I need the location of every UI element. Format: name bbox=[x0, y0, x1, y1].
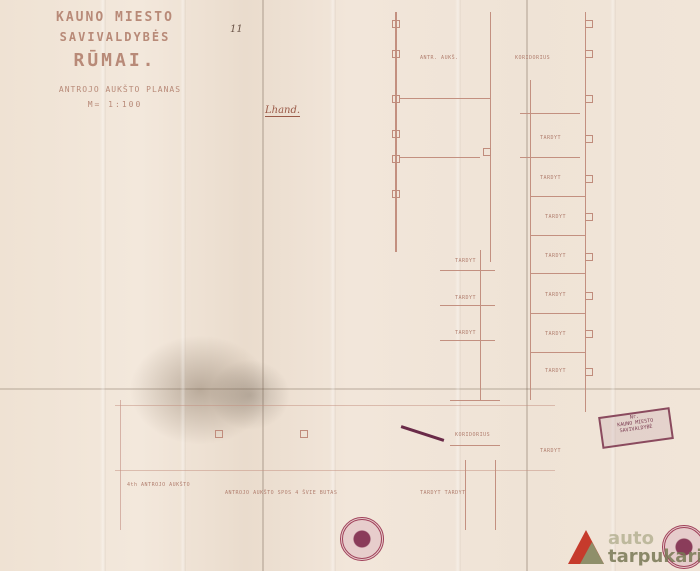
room-label: KORIDORIUS bbox=[515, 55, 550, 61]
fold-line bbox=[262, 0, 264, 571]
title-line-3: RŪMAI. bbox=[60, 50, 170, 71]
crease bbox=[455, 0, 461, 571]
fold-line bbox=[526, 0, 528, 571]
plan-subtitle: ANTROJO AUKŠTO PLANAS bbox=[50, 85, 190, 94]
sheet-number: 11 bbox=[230, 24, 243, 35]
room-label: TARDYT TARDYT bbox=[420, 490, 466, 496]
title-line-2: SAVIVALDYBĖS bbox=[40, 30, 190, 44]
room-label: ANTROJO AUKŠTO SPOS 4 ŠVIE BUTAS bbox=[225, 490, 337, 496]
crease bbox=[330, 0, 336, 571]
room-label: TARDYT bbox=[545, 331, 566, 337]
room-label: TARDYT bbox=[455, 295, 476, 301]
logo-inner-triangle-icon bbox=[580, 542, 604, 564]
room-label: 4th ANTROJO AUKŠTO bbox=[127, 482, 190, 488]
plan-sheet: KAUNO MIESTO SAVIVALDYBĖS RŪMAI. ANTROJO… bbox=[0, 0, 700, 571]
room-label: TARDYT bbox=[455, 330, 476, 336]
room-label: TARDYT bbox=[545, 368, 566, 374]
crease bbox=[610, 0, 616, 571]
signature: Lhand. bbox=[265, 105, 300, 117]
room-label: TARDYT bbox=[540, 175, 561, 181]
watermark-logo: auto tarpukaris bbox=[568, 528, 698, 571]
round-seal bbox=[340, 517, 384, 561]
title-line-1: KAUNO MIESTO bbox=[30, 10, 200, 25]
room-label: TARDYT bbox=[545, 292, 566, 298]
room-label: TARDYT bbox=[540, 135, 561, 141]
logo-text-line-2: tarpukaris bbox=[608, 546, 700, 567]
ink-mark bbox=[401, 425, 445, 442]
room-label: ANTR. AUKŠ. bbox=[420, 55, 459, 61]
room-label: TARDYT bbox=[540, 448, 561, 454]
room-label: TARDYT bbox=[455, 258, 476, 264]
plan-scale: M= 1:100 bbox=[80, 100, 150, 109]
room-label: KORIDORIUS bbox=[455, 432, 490, 438]
room-label: TARDYT bbox=[545, 214, 566, 220]
room-label: TARDYT bbox=[545, 253, 566, 259]
